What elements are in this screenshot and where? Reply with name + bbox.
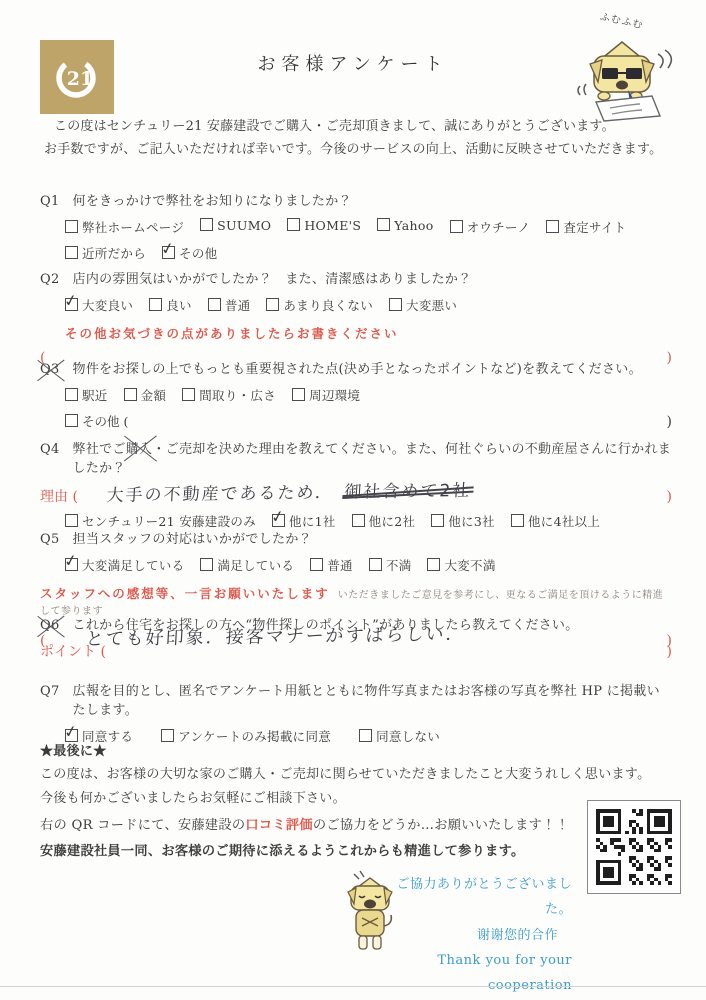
q2-note: その他お気づきの点がありましたらお書きください <box>65 324 672 342</box>
question-q1: Q1 何をきっかけで弊社をお知りになりましたか？ 弊社ホームページ SUUMO … <box>40 190 672 262</box>
q5-note-main: スタッフへの感想等、一言お願いいたします <box>40 586 330 601</box>
checkbox-icon <box>511 514 524 527</box>
option-label: 他に2社 <box>369 514 416 529</box>
q7-label: Q7 <box>40 684 60 699</box>
q3-other-answer <box>168 419 666 426</box>
closing-star: ★最後に★ <box>40 740 672 763</box>
option-label: センチュリー21 安藤建設のみ <box>82 514 256 529</box>
q4-reason-line: 理由 ( 大手の不動産であるため． 御社含めて2社 ) <box>40 481 672 506</box>
checkbox-icon <box>389 298 402 311</box>
q1-option-kinjo: 近所だから <box>65 244 146 262</box>
intro-paragraph: この度はセンチュリー21 安藤建設でご購入・ご売却頂きまして、誠にありがとうござ… <box>44 116 668 162</box>
q5-option-4: 大変不満 <box>427 556 495 574</box>
q5-option-0: 大変満足している <box>65 556 184 574</box>
q3-other-line: その他 ( ) <box>40 412 672 430</box>
option-label: HOME'S <box>304 218 361 233</box>
survey-page: 21 お客様アンケート ふむふむ この度はセンチュリー21 安 <box>0 0 706 1000</box>
option-label: 他に1社 <box>289 514 336 529</box>
q4-label: Q4 <box>40 442 60 457</box>
checkbox-icon <box>431 514 444 527</box>
option-label: Yahoo <box>394 218 433 233</box>
q3-other-label: その他 <box>82 414 120 429</box>
option-label: 間取り・広さ <box>199 388 276 403</box>
q2-option-2: 普通 <box>208 296 251 314</box>
q4-text-post: ・ご売却を決めた理由を教えてください。また、何社ぐらいの不動産屋さんに行かれまし… <box>73 442 672 476</box>
closing-line1: この度は、お客様の大切な家のご購入・ご売却に関らせていただきましたこと大変うれし… <box>40 763 672 786</box>
q4-reason-label: 理由 <box>40 489 68 505</box>
question-q6: Q6 これから住宅をお探しの方へ“物件探しのポイント”がありましたら教えてくださ… <box>40 614 672 661</box>
option-label: 他に4社以上 <box>528 514 600 529</box>
checkbox-icon <box>450 220 463 233</box>
q2-option-3: あまり良くない <box>266 296 373 314</box>
thanks-message: ご協力ありがとうございました。 谢谢您的合作 Thank you for you… <box>380 872 572 999</box>
qr-grid <box>596 809 672 885</box>
checkbox-icon <box>352 514 365 527</box>
qr-request-text: 右の QR コードにて、安藤建設の口コミ評価のご協力をどうか…お願いいたします！… <box>40 813 585 864</box>
checkbox-icon <box>149 298 162 311</box>
option-label: その他 <box>179 246 217 261</box>
q5-option-3: 不満 <box>369 556 412 574</box>
option-label: オウチーノ <box>467 220 531 235</box>
checkbox-icon <box>427 558 440 571</box>
closing-line2: 今後も何かございましたらお気軽にご相談下さい。 <box>40 787 672 810</box>
q4-text-pre: 弊社でご <box>73 442 126 457</box>
q1-option-sonota: その他 <box>162 244 217 262</box>
option-label: 普通 <box>327 558 353 573</box>
checkbox-icon <box>124 388 137 401</box>
thanks-zh: 谢谢您的合作 <box>380 923 572 948</box>
paren-open: ( <box>100 644 105 660</box>
q6-answer <box>146 649 667 656</box>
thanks-en: Thank you for your cooperation <box>380 948 572 999</box>
option-label: 弊社ホームページ <box>82 220 184 235</box>
paren-close: ) <box>667 644 672 660</box>
q5-note: スタッフへの感想等、一言お願いいたしますいただきましたご意見を参考にし、更なるご… <box>40 584 672 617</box>
option-label: SUUMO <box>217 218 271 233</box>
question-q4: Q4 弊社でご購入・ご売却を決めた理由を教えてください。また、何社ぐらいの不動産… <box>40 438 672 530</box>
checkbox-icon <box>208 298 221 311</box>
q7-text: 広報を目的とし、匿名でアンケート用紙とともに物件写真またはお客様の写真を弊社 H… <box>73 680 672 718</box>
intro-line2: お手数ですが、ご記入いただければ幸いです。今後のサービスの向上、活動に反映させて… <box>44 139 668 162</box>
q5-option-2: 普通 <box>310 556 353 574</box>
option-label: 査定サイト <box>563 220 626 235</box>
option-label: 駅近 <box>82 388 108 403</box>
checkbox-icon <box>65 246 78 259</box>
checkbox-icon <box>65 388 78 401</box>
q1-option-homes: HOME'S <box>287 218 361 236</box>
q5-text: 担当スタッフの対応はいかがでしたか？ <box>73 528 312 547</box>
option-label: 大変良い <box>82 298 133 313</box>
checkbox-icon <box>200 558 213 571</box>
checkbox-icon <box>377 218 390 231</box>
q5-label: Q5 <box>40 532 60 547</box>
paren-close: ) <box>667 414 672 430</box>
checkbox-icon <box>292 388 305 401</box>
option-label: 大変満足している <box>82 558 184 573</box>
paren-open: ( <box>72 489 77 505</box>
q1-label: Q1 <box>40 194 60 209</box>
option-label: 普通 <box>225 298 251 313</box>
dog-writing-icon <box>570 24 674 122</box>
qr-code <box>587 800 681 894</box>
option-label: 周辺環境 <box>309 388 360 403</box>
q6-point-label: ポイント <box>40 644 96 660</box>
q4-text-crossed-out: 購入 <box>126 438 153 457</box>
checkbox-icon <box>200 218 213 231</box>
q4-reason-struck-out: 御社含めて2社 <box>344 481 472 503</box>
q2-option-0: 大変良い <box>65 296 133 314</box>
q1-text: 何をきっかけで弊社をお知りになりましたか？ <box>73 190 352 209</box>
q3-text: 物件をお探しの上でもっとも重要視された点(決め手となったポイントなど)を教えてく… <box>73 358 642 377</box>
q6-text: これから住宅をお探しの方へ“物件探しのポイント”がありましたら教えてください。 <box>73 614 579 633</box>
qr-line2: 安藤建設社員一同、お客様のご期待に添えるようこれからも精進して参ります。 <box>40 839 585 865</box>
q1-option-suumo: SUUMO <box>200 218 271 236</box>
q3-option-3: 周辺環境 <box>292 386 360 404</box>
option-label: 大変悪い <box>406 298 457 313</box>
intro-line1: この度はセンチュリー21 安藤建設でご購入・ご売却頂きまして、誠にありがとうござ… <box>44 116 668 139</box>
checkbox-icon <box>266 298 279 311</box>
q3-label-crossed-out: Q3 <box>40 362 60 377</box>
q3-option-2: 間取り・広さ <box>182 386 276 404</box>
q2-option-4: 大変悪い <box>389 296 457 314</box>
q2-text: 店内の雰囲気はいかがでしたか？ また、清潔感はありましたか？ <box>73 268 472 287</box>
option-label: 他に3社 <box>448 514 495 529</box>
option-label: 満足している <box>217 558 294 573</box>
q1-option-satei: 査定サイト <box>546 218 626 236</box>
option-label: 大変不満 <box>444 558 495 573</box>
checkbox-icon <box>65 514 78 527</box>
paren-open: ( <box>124 414 129 429</box>
checkbox-checked-icon <box>65 558 78 571</box>
checkbox-checked-icon <box>272 514 285 527</box>
checkbox-icon <box>65 220 78 233</box>
q1-option-ouchino: オウチーノ <box>450 218 531 236</box>
q4-text: 弊社でご購入・ご売却を決めた理由を教えてください。また、何社ぐらいの不動産屋さん… <box>73 438 672 476</box>
option-label: 金額 <box>141 388 167 403</box>
option-label: 近所だから <box>82 246 146 261</box>
option-label: 良い <box>166 298 192 313</box>
checkbox-icon <box>310 558 323 571</box>
q3-option-1: 金額 <box>124 386 167 404</box>
q3-option-0: 駅近 <box>65 386 108 404</box>
checkbox-icon <box>369 558 382 571</box>
checkbox-icon <box>287 218 300 231</box>
q1-option-yahoo: Yahoo <box>377 218 433 236</box>
thanks-ja: ご協力ありがとうございました。 <box>380 872 572 923</box>
kuchikomi-highlight: 口コミ評価 <box>245 818 312 833</box>
q6-point-line: ポイント ( ) <box>40 641 672 661</box>
q1-option-homepage: 弊社ホームページ <box>65 218 184 236</box>
q2-label: Q2 <box>40 272 60 287</box>
q6-label-crossed-out: Q6 <box>40 618 60 633</box>
mascot-dog-writing: ふむふむ <box>570 10 674 122</box>
option-label: あまり良くない <box>283 298 373 313</box>
qr-line1: 右の QR コードにて、安藤建設の口コミ評価のご協力をどうか…お願いいたします！… <box>40 813 585 839</box>
question-q3: Q3 物件をお探しの上でもっとも重要視された点(決め手となったポイントなど)を教… <box>40 358 672 430</box>
question-q7: Q7 広報を目的とし、匿名でアンケート用紙とともに物件写真またはお客様の写真を弊… <box>40 680 672 745</box>
option-label: 不満 <box>386 558 412 573</box>
checkbox-icon <box>65 414 78 427</box>
q5-option-1: 満足している <box>200 556 294 574</box>
q4-reason-handwriting: 大手の不動産であるため． 御社含めて2社 <box>106 473 668 506</box>
checkbox-icon <box>182 388 195 401</box>
checkbox-icon <box>546 220 559 233</box>
scan-edge-line <box>0 986 706 987</box>
checkbox-checked-icon <box>162 246 175 259</box>
closing-message: ★最後に★ この度は、お客様の大切な家のご購入・ご売却に関らせていただきましたこ… <box>40 740 672 810</box>
paren-close: ) <box>667 489 672 505</box>
question-q2: Q2 店内の雰囲気はいかがでしたか？ また、清潔感はありましたか？ 大変良い 良… <box>40 268 672 366</box>
q2-option-1: 良い <box>149 296 192 314</box>
checkbox-checked-icon <box>65 298 78 311</box>
